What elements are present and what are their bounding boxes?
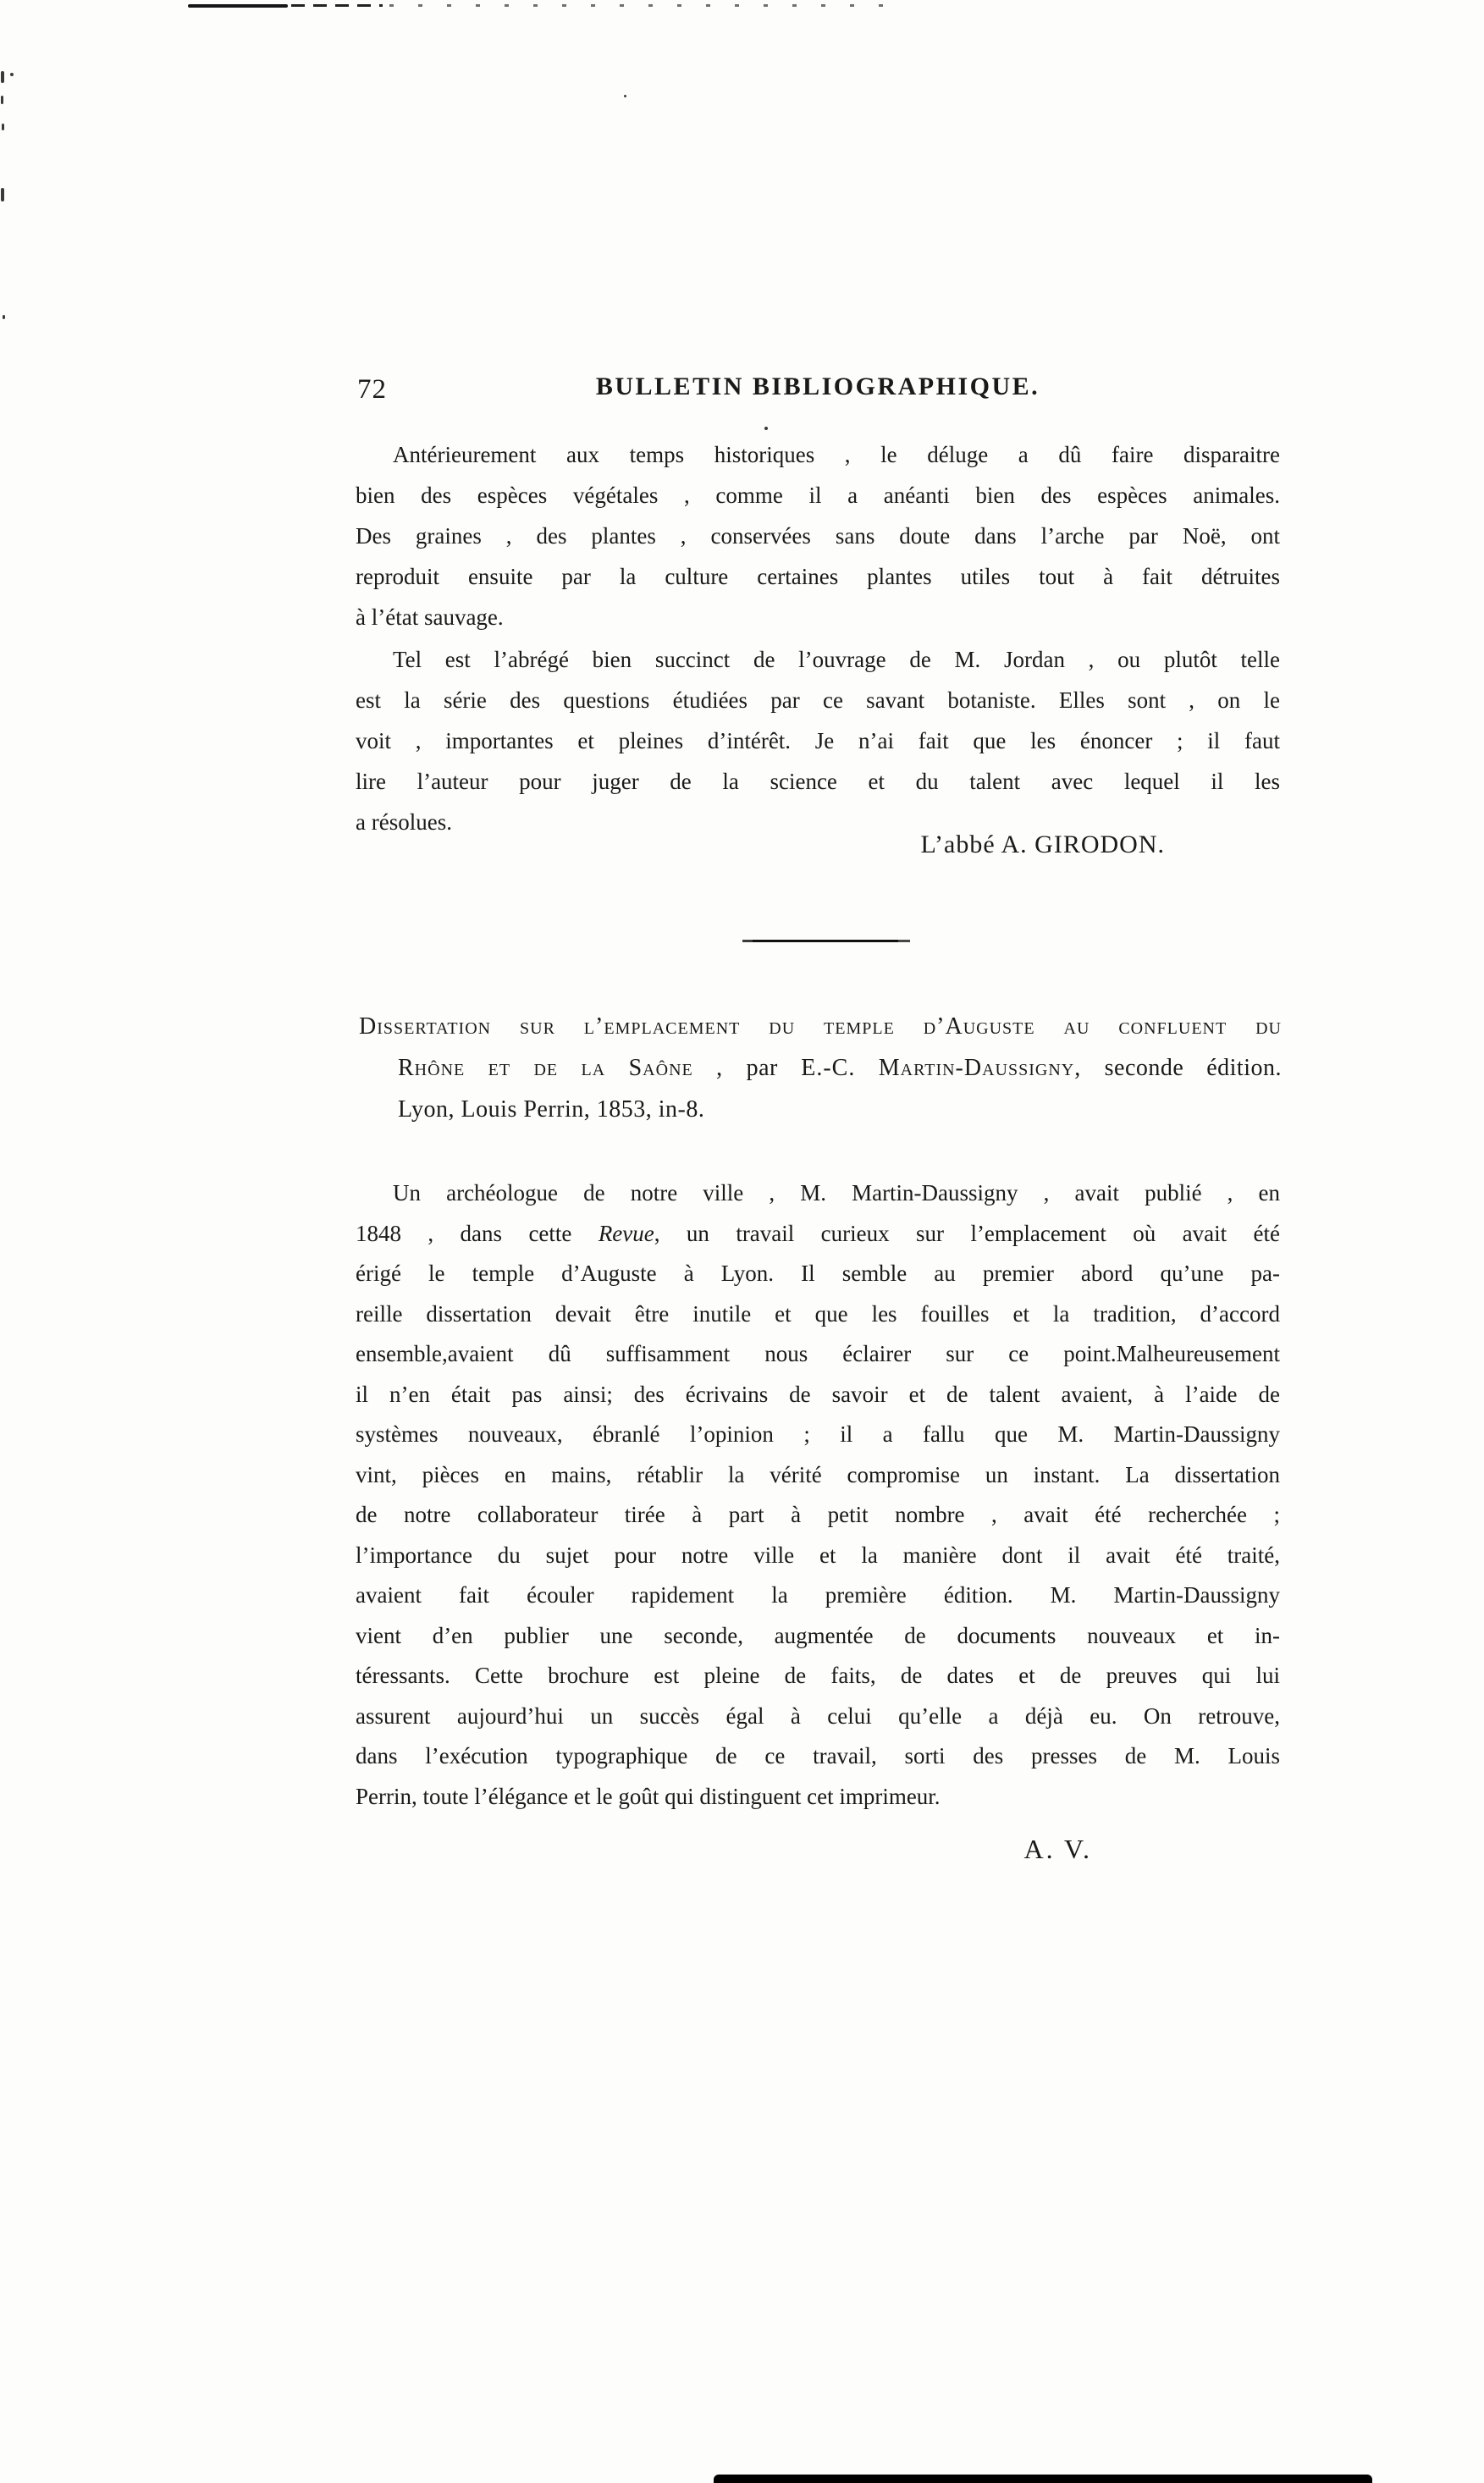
text-line: à l’état sauvage.: [356, 597, 1280, 637]
text-line: bien des espèces végétales , comme il a …: [356, 475, 1280, 516]
text-line: téressants. Cette brochure est pleine de…: [356, 1656, 1280, 1697]
scan-artifact-top: [389, 4, 889, 7]
text-line: vint, pièces en mains, rétablir la vérit…: [356, 1455, 1280, 1496]
section-divider: [742, 940, 910, 942]
text-line: Un archéologue de notre ville , M. Marti…: [356, 1173, 1280, 1214]
text-line: voit , importantes et pleines d’intérêt.…: [356, 720, 1280, 761]
scan-speck: [1, 96, 3, 104]
text-line: reproduit ensuite par la culture certain…: [356, 556, 1280, 597]
text-line: avaient fait écouler rapidement la premi…: [356, 1575, 1280, 1616]
scan-speck: [1, 188, 4, 201]
scan-speck: [624, 95, 626, 97]
paragraph: Antérieurement aux temps historiques , l…: [356, 434, 1280, 637]
scan-speck: [3, 315, 5, 319]
signature-av: A. V.: [356, 1834, 1280, 1865]
text-line: érigé le temple d’Auguste à Lyon. Il sem…: [356, 1254, 1280, 1294]
scan-speck: [2, 124, 4, 130]
scan-artifact-top: [188, 4, 288, 8]
running-head: 72 BULLETIN BIBLIOGRAPHIQUE.: [356, 372, 1280, 410]
text-line: Lyon, Louis Perrin, 1853, in-8.: [359, 1089, 1282, 1130]
text-line: 1848 , dans cette Revue, un travail curi…: [356, 1214, 1280, 1255]
text-line: reille dissertation devait être inutile …: [356, 1294, 1280, 1335]
scan-speck: [764, 427, 768, 430]
scan-artifact-top: [291, 4, 383, 7]
page-header-title: BULLETIN BIBLIOGRAPHIQUE.: [356, 372, 1280, 401]
book-entry-heading: Dissertation sur l’emplacement du temple…: [359, 1006, 1282, 1130]
text-line: Des graines , des plantes , conservées s…: [356, 516, 1280, 556]
text-line: Tel est l’abrégé bien succinct de l’ouvr…: [356, 639, 1280, 680]
paragraph: Tel est l’abrégé bien succinct de l’ouvr…: [356, 639, 1280, 842]
scan-speck: [1, 71, 4, 83]
text-line: dans l’exécution typographique de ce tra…: [356, 1736, 1280, 1777]
text-line: est la série des questions étudiées par …: [356, 680, 1280, 720]
text-line: il n’en était pas ainsi; des écrivains d…: [356, 1375, 1280, 1415]
paragraph: Un archéologue de notre ville , M. Marti…: [356, 1173, 1280, 1817]
text-line: Rhône et de la Saône , par E.-C. Martin-…: [359, 1047, 1282, 1089]
text-line: Perrin, toute l’élégance et le goût qui …: [356, 1777, 1280, 1818]
text-line: lire l’auteur pour juger de la science e…: [356, 761, 1280, 802]
text-line: vient d’en publier une seconde, augmenté…: [356, 1616, 1280, 1657]
text-line: de notre collaborateur tirée à part à pe…: [356, 1495, 1280, 1536]
text-line: Dissertation sur l’emplacement du temple…: [359, 1006, 1282, 1047]
text-line: l’importance du sujet pour notre ville e…: [356, 1536, 1280, 1576]
scanned-page: 72 BULLETIN BIBLIOGRAPHIQUE. Antérieurem…: [0, 0, 1484, 2483]
text-line: ensemble,avaient dû suffisamment nous éc…: [356, 1334, 1280, 1375]
scan-speck: [10, 73, 14, 76]
text-line: Antérieurement aux temps historiques , l…: [356, 434, 1280, 475]
scan-artifact-bottom: [714, 2475, 1372, 2483]
text-line: systèmes nouveaux, ébranlé l’opinion ; i…: [356, 1415, 1280, 1455]
signature-girodon: L’abbé A. GIRODON.: [356, 830, 1280, 859]
text-line: assurent aujourd’hui un succès égal à ce…: [356, 1697, 1280, 1737]
